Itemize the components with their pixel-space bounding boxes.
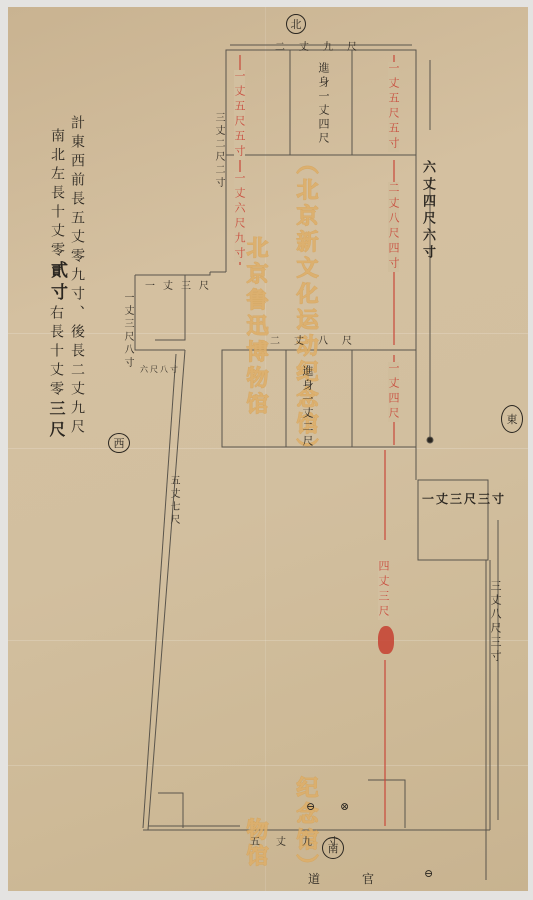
annex-top-label: 一丈三尺 <box>145 277 217 292</box>
middle-width-label: 二丈八尺 <box>270 332 366 347</box>
south-width-label: 五丈九寸 <box>250 833 354 848</box>
upper-room-depth-label: 進身一丈四尺 <box>318 62 329 146</box>
south-mark: ⊗ <box>340 800 349 813</box>
south-mark: ⊖ <box>424 867 433 880</box>
annex-side-label: 一丈三尺八寸 <box>122 292 132 370</box>
right-height-lower-label: 三丈八尺三寸 <box>490 580 501 664</box>
top-width-label: 二丈九尺 <box>275 38 371 53</box>
right-height-upper-label: 六丈四尺六寸 <box>421 160 434 262</box>
red-seal-mark <box>378 626 394 654</box>
west-marker: 西 <box>108 433 130 453</box>
red-long-label: 四丈三尺 <box>378 560 389 620</box>
east-box-label: 一丈三尺三寸 <box>422 490 506 507</box>
red-right-1-label: 一丈五尺五寸 <box>388 62 399 152</box>
note-column-3: 右長十丈零三尺 <box>48 305 64 442</box>
red-left-upper-label: 一丈五尺五寸 <box>234 70 245 160</box>
north-marker: 北 <box>286 14 306 34</box>
watermark-museum: 北京鲁迅博物馆 <box>240 236 271 418</box>
red-right-2-label: 二丈八尺四寸 <box>388 182 399 272</box>
annex-bottom-label: 六尺八寸 <box>140 364 180 375</box>
south-mark: ⊖ <box>306 800 315 813</box>
east-marker: 東 <box>501 405 523 433</box>
red-left-lower-label: 一丈六尺九寸 <box>234 172 245 262</box>
road-label: 道 <box>308 870 323 887</box>
note-column-1: 計東西前長五丈零九寸、後長二丈九尺 <box>70 115 84 438</box>
gate-label: 官 <box>362 870 377 887</box>
west-wall-label: 五丈七尺 <box>168 475 178 527</box>
lower-room-depth-label: 進身一丈二尺 <box>302 365 313 449</box>
note-column-2: 南北左長十丈零貳寸 <box>48 128 65 305</box>
watermark-fragment: 纪念馆） <box>290 776 321 880</box>
left-height-label: 三丈二尺二寸 <box>213 112 223 190</box>
red-right-3-label: 一丈四尺 <box>388 362 399 422</box>
